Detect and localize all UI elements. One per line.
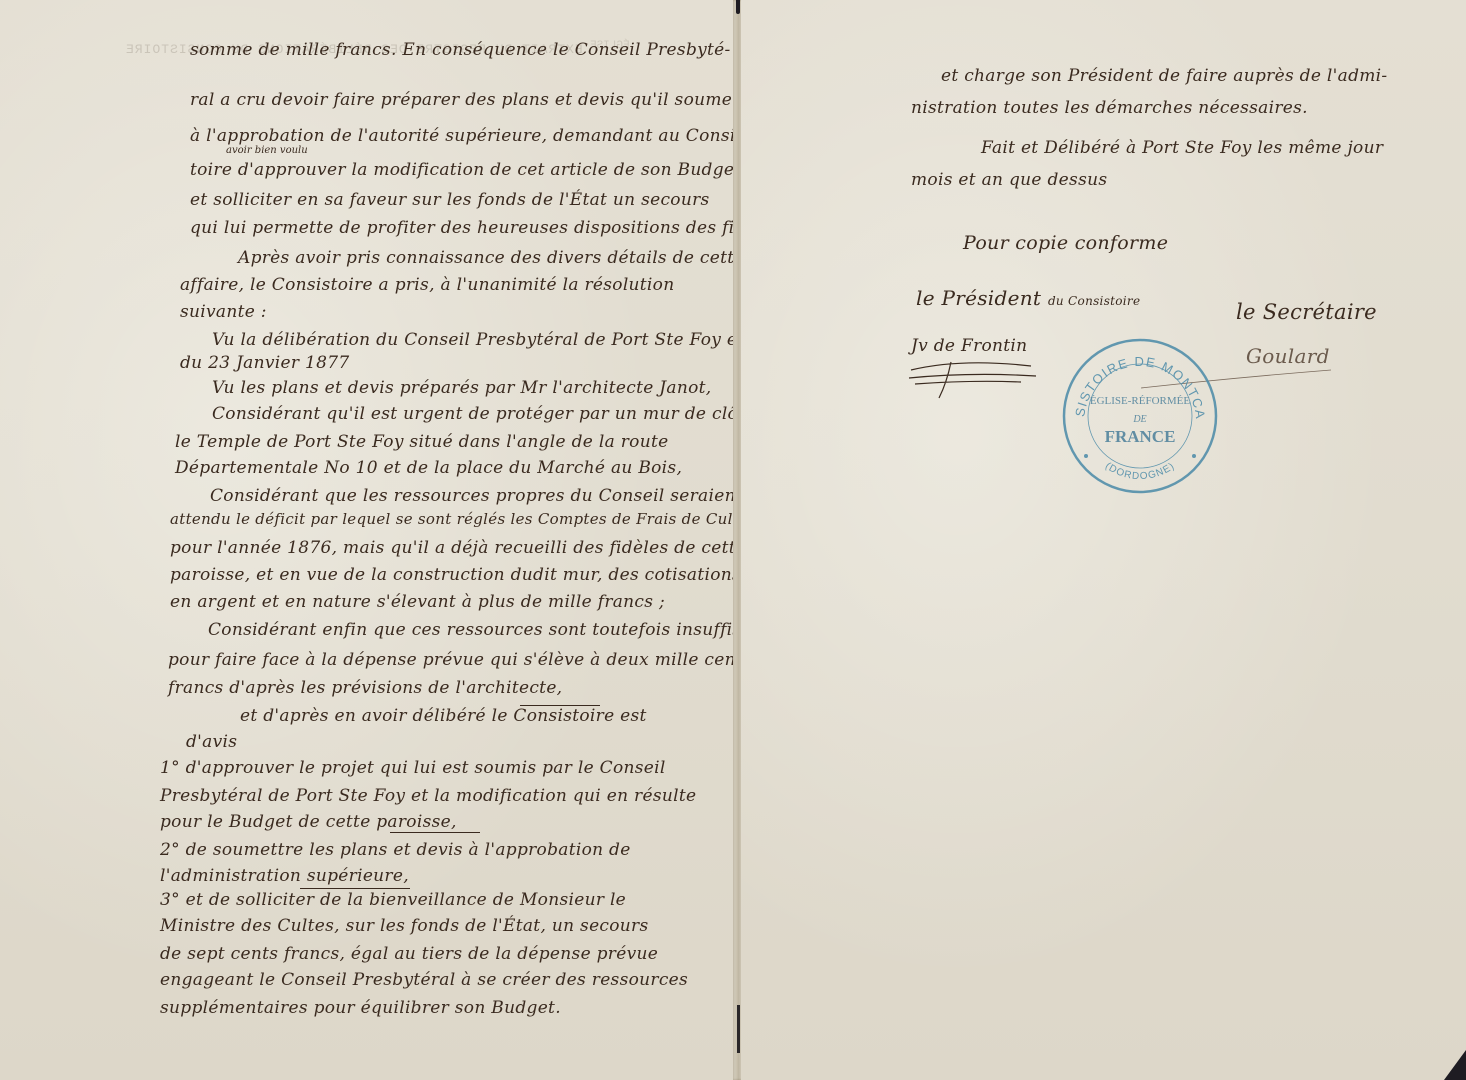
interlinear-insertion: avoir bien voulu <box>226 145 308 156</box>
president-title: le Président <box>916 286 1041 310</box>
president-suffix: du Consistoire <box>1048 294 1140 308</box>
text-line: à l'approbation de l'autorité supérieure… <box>190 126 751 146</box>
stamp-seal-icon: CONSISTOIRE DE MONTCARET (DORDOGNE) ÉGLI… <box>1060 336 1220 496</box>
text-line: affaire, le Consistoire a pris, à l'unan… <box>180 275 674 295</box>
underline-stroke <box>520 705 600 706</box>
president-label: le Président du Consistoire <box>916 286 1140 310</box>
text-line: suivante : <box>180 302 267 322</box>
svg-text:ÉGLISE-RÉFORMÉE: ÉGLISE-RÉFORMÉE <box>1090 395 1191 407</box>
text-line: paroisse, et en vue de la construction d… <box>170 565 741 585</box>
text-line: Départementale No 10 et de la place du M… <box>175 458 682 478</box>
text-line: francs d'après les prévisions de l'archi… <box>168 678 562 698</box>
text-line: et solliciter en sa faveur sur les fonds… <box>190 190 710 210</box>
underline-stroke <box>300 888 410 889</box>
text-line: d'avis <box>186 732 237 752</box>
text-line: attendu le déficit par lequel se sont ré… <box>170 510 748 528</box>
text-line: Après avoir pris connaissance des divers… <box>238 248 745 268</box>
svg-text:(DORDOGNE): (DORDOGNE) <box>1103 461 1177 483</box>
text-line: pour l'année 1876, mais qu'il a déjà rec… <box>170 538 746 558</box>
document-spread: EXTRAIT DU REGISTRE DES DÉLIBÉRATIONS DU… <box>0 0 1466 1080</box>
text-line: qui lui permette de profiter des heureus… <box>190 218 787 238</box>
text-line: somme de mille francs. En conséquence le… <box>190 40 731 60</box>
text-line: 1° d'approuver le projet qui lui est sou… <box>160 758 666 778</box>
text-line: supplémentaires pour équilibrer son Budg… <box>160 998 561 1018</box>
text-line: pour le Budget de cette paroisse, <box>160 812 457 832</box>
left-page: EXTRAIT DU REGISTRE DES DÉLIBÉRATIONS DU… <box>0 0 735 1080</box>
text-line: Ministre des Cultes, sur les fonds de l'… <box>160 916 649 936</box>
text-line: et d'après en avoir délibéré le Consisto… <box>240 706 647 726</box>
text-line: du 23 Janvier 1877 <box>180 353 349 373</box>
right-page: et charge son Président de faire auprès … <box>741 0 1466 1080</box>
underline-stroke <box>390 832 480 833</box>
text-line: engageant le Conseil Presbytéral à se cr… <box>160 970 688 990</box>
text-line: Vu les plans et devis préparés par Mr l'… <box>212 378 711 398</box>
text-line: ral a cru devoir faire préparer des plan… <box>190 90 739 110</box>
fold-tear-bottom <box>737 1005 740 1053</box>
torn-corner <box>1444 1050 1466 1080</box>
secretary-label: le Secrétaire <box>1236 300 1377 324</box>
text-line: 2° de soumettre les plans et devis à l'a… <box>160 840 631 860</box>
text-line: Fait et Délibéré à Port Ste Foy les même… <box>981 138 1383 158</box>
text-line: Considérant que les ressources propres d… <box>210 486 808 506</box>
text-line: le Temple de Port Ste Foy situé dans l'a… <box>175 432 668 452</box>
text-line: Presbytéral de Port Ste Foy et la modifi… <box>160 786 696 806</box>
text-line: Considérant qu'il est urgent de protéger… <box>212 404 775 424</box>
fold-tear-top <box>736 0 740 14</box>
text-line: toire d'approuver la modification de cet… <box>190 160 741 180</box>
svg-text:CONSISTOIRE DE MONTCARET: CONSISTOIRE DE MONTCARET <box>1060 336 1208 421</box>
consistory-stamp: CONSISTOIRE DE MONTCARET (DORDOGNE) ÉGLI… <box>1060 336 1220 496</box>
text-line: de sept cents francs, égal au tiers de l… <box>160 944 658 964</box>
text-line: mois et an que dessus <box>911 170 1107 190</box>
svg-text:FRANCE: FRANCE <box>1105 427 1176 446</box>
text-line: Vu la délibération du Conseil Presbytéra… <box>212 330 793 350</box>
text-line: et charge son Président de faire auprès … <box>941 66 1387 86</box>
text-line: en argent et en nature s'élevant à plus … <box>170 592 665 612</box>
text-line: Considérant enfin que ces ressources son… <box>208 620 790 640</box>
text-line: nistration toutes les démarches nécessai… <box>911 98 1308 118</box>
certification-text: Pour copie conforme <box>963 232 1168 254</box>
text-line: l'administration supérieure, <box>160 866 409 886</box>
text-line: pour faire face à la dépense prévue qui … <box>168 650 743 670</box>
svg-text:DE: DE <box>1132 414 1146 425</box>
text-line: 3° et de solliciter de la bienveillance … <box>160 890 626 910</box>
president-signature-flourish <box>901 352 1051 402</box>
